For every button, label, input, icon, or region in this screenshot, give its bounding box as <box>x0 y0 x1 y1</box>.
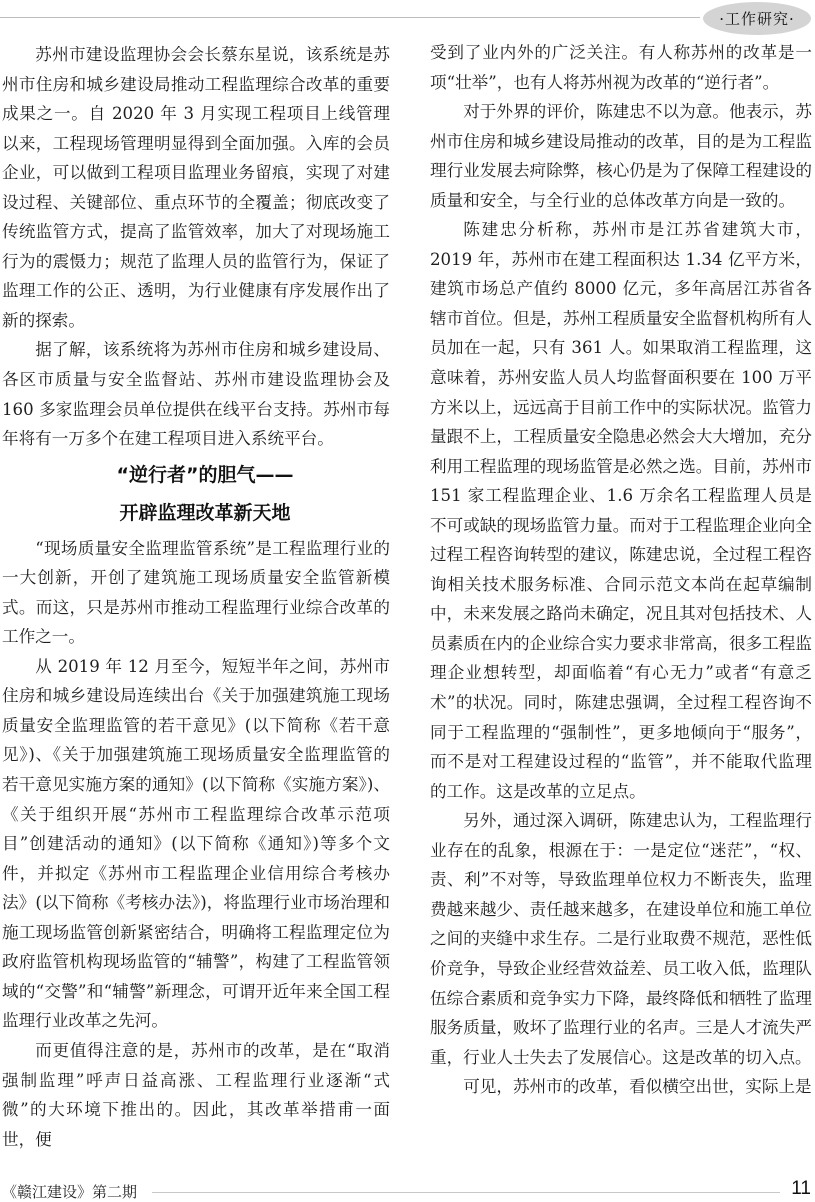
section-badge: ·工作研究· <box>703 2 811 35</box>
paragraph: 对于外界的评价，陈建忠不以为意。他表示，苏州市住房和城乡建设局推动的改革，目的是… <box>430 97 812 215</box>
right-column: 受到了业内外的广泛关注。有人称苏州的改革是一项“壮举”，也有人将苏州视为改革的“… <box>430 38 812 1102</box>
page-number: 11 <box>791 1178 811 1200</box>
footer-rule <box>152 1192 780 1193</box>
paragraph: 另外，通过深入调研，陈建忠认为，工程监理行业存在的乱象，根源在于：一是定位“迷茫… <box>430 806 812 1072</box>
paragraph: 从 2019 年 12 月至今，短短半年之间，苏州市住房和城乡建设局连续出台《关… <box>2 652 390 1036</box>
paragraph: “现场质量安全监理监管系统”是工程监理行业的一大创新，开创了建筑施工现场质量安全… <box>2 534 390 652</box>
subheading-line-1: “逆行者”的胆气—— <box>2 456 390 494</box>
header-rule <box>0 17 700 18</box>
publication-title: 《赣江建设》第二期 <box>2 1181 137 1202</box>
paragraph: 据了解，该系统将为苏州市住房和城乡建设局、各区市质量与安全监督站、苏州市建设监理… <box>2 335 390 453</box>
paragraph-continued: 受到了业内外的广泛关注。有人称苏州的改革是一项“壮举”，也有人将苏州视为改革的“… <box>430 38 812 97</box>
section-label: ·工作研究· <box>719 8 795 29</box>
paragraph: 而更值得注意的是，苏州市的改革，是在“取消强制监理”呼声日益高涨、工程监理行业逐… <box>2 1036 390 1154</box>
paragraph: 苏州市建设监理协会会长蔡东星说，该系统是苏州市住房和城乡建设局推动工程监理综合改… <box>2 40 390 335</box>
paragraph: 可见，苏州市的改革，看似横空出世，实际上是 <box>430 1072 812 1102</box>
left-column: 苏州市建设监理协会会长蔡东星说，该系统是苏州市住房和城乡建设局推动工程监理综合改… <box>2 40 390 1154</box>
subheading-line-2: 开辟监理改革新天地 <box>2 494 390 532</box>
paragraph: 陈建忠分析称，苏州市是江苏省建筑大市，2019 年，苏州市在建工程面积达 1.3… <box>430 215 812 806</box>
